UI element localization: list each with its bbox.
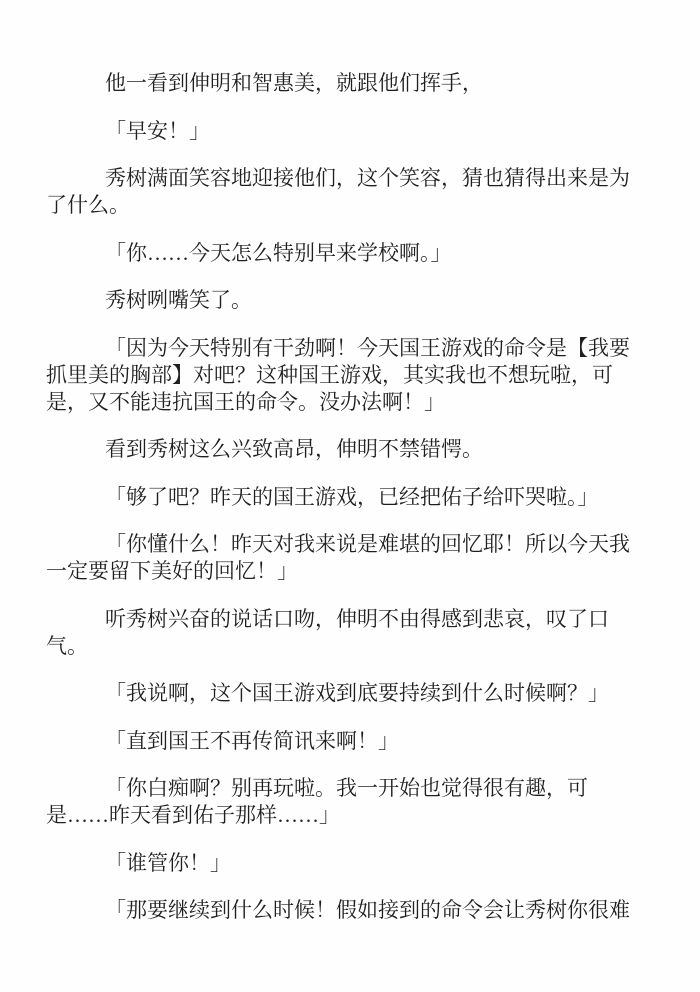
paragraph: 他一看到伸明和智惠美，就跟他们挥手， xyxy=(46,70,660,97)
paragraph: 「你白痴啊？别再玩啦。我一开始也觉得很有趣，可 是……昨天看到佑子那样……」 xyxy=(46,775,660,829)
text-line: 是……昨天看到佑子那样……」 xyxy=(46,802,660,829)
text-line: 是，又不能违抗国王的命令。没办法啊！」 xyxy=(46,389,660,416)
text-line: 听秀树兴奋的说话口吻，伸明不由得感到悲哀，叹了口 xyxy=(46,606,660,633)
paragraph: 听秀树兴奋的说话口吻，伸明不由得感到悲哀，叹了口 气。 xyxy=(46,606,660,660)
paragraph: 秀树满面笑容地迎接他们，这个笑容，猜也猜得出来是为 了什么。 xyxy=(46,165,660,219)
text-line: 秀树咧嘴笑了。 xyxy=(46,287,660,314)
text-line: 抓里美的胸部】对吧？这种国王游戏，其实我也不想玩啦，可 xyxy=(46,362,660,389)
text-line: 秀树满面笑容地迎接他们，这个笑容，猜也猜得出来是为 xyxy=(46,165,660,192)
text-line: 「那要继续到什么时候！假如接到的命令会让秀树你很难 xyxy=(46,897,660,924)
paragraph: 「你……今天怎么特别早来学校啊。」 xyxy=(46,240,660,267)
text-line: 一定要留下美好的回忆！」 xyxy=(46,558,660,585)
paragraph: 「我说啊，这个国王游戏到底要持续到什么时候啊？」 xyxy=(46,680,660,707)
text-line: 了什么。 xyxy=(46,192,660,219)
text-line: 「因为今天特别有干劲啊！今天国王游戏的命令是【我要 xyxy=(46,335,660,362)
paragraph: 「够了吧？昨天的国王游戏，已经把佑子给吓哭啦。」 xyxy=(46,484,660,511)
paragraph: 「因为今天特别有干劲啊！今天国王游戏的命令是【我要 抓里美的胸部】对吧？这种国王… xyxy=(46,335,660,416)
text-line: 他一看到伸明和智惠美，就跟他们挥手， xyxy=(46,70,660,97)
text-line: 「谁管你！」 xyxy=(46,850,660,877)
text-line: 「你……今天怎么特别早来学校啊。」 xyxy=(46,240,660,267)
paragraph: 「早安！」 xyxy=(46,118,660,145)
text-line: 「你白痴啊？别再玩啦。我一开始也觉得很有趣，可 xyxy=(46,775,660,802)
text-line: 「直到国王不再传简讯来啊！」 xyxy=(46,728,660,755)
text-line: 「你懂什么！昨天对我来说是难堪的回忆耶！所以今天我 xyxy=(46,531,660,558)
paragraph: 「那要继续到什么时候！假如接到的命令会让秀树你很难 xyxy=(46,897,660,924)
paragraph: 秀树咧嘴笑了。 xyxy=(46,287,660,314)
paragraph: 看到秀树这么兴致高昂，伸明不禁错愕。 xyxy=(46,436,660,463)
book-page: 他一看到伸明和智惠美，就跟他们挥手， 「早安！」 秀树满面笑容地迎接他们，这个笑… xyxy=(0,0,700,992)
text-line: 气。 xyxy=(46,633,660,660)
paragraph: 「谁管你！」 xyxy=(46,850,660,877)
text-line: 看到秀树这么兴致高昂，伸明不禁错愕。 xyxy=(46,436,660,463)
text-line: 「我说啊，这个国王游戏到底要持续到什么时候啊？」 xyxy=(46,680,660,707)
text-line: 「够了吧？昨天的国王游戏，已经把佑子给吓哭啦。」 xyxy=(46,484,660,511)
paragraph: 「直到国王不再传简讯来啊！」 xyxy=(46,728,660,755)
text-line: 「早安！」 xyxy=(46,118,660,145)
paragraph: 「你懂什么！昨天对我来说是难堪的回忆耶！所以今天我 一定要留下美好的回忆！」 xyxy=(46,531,660,585)
